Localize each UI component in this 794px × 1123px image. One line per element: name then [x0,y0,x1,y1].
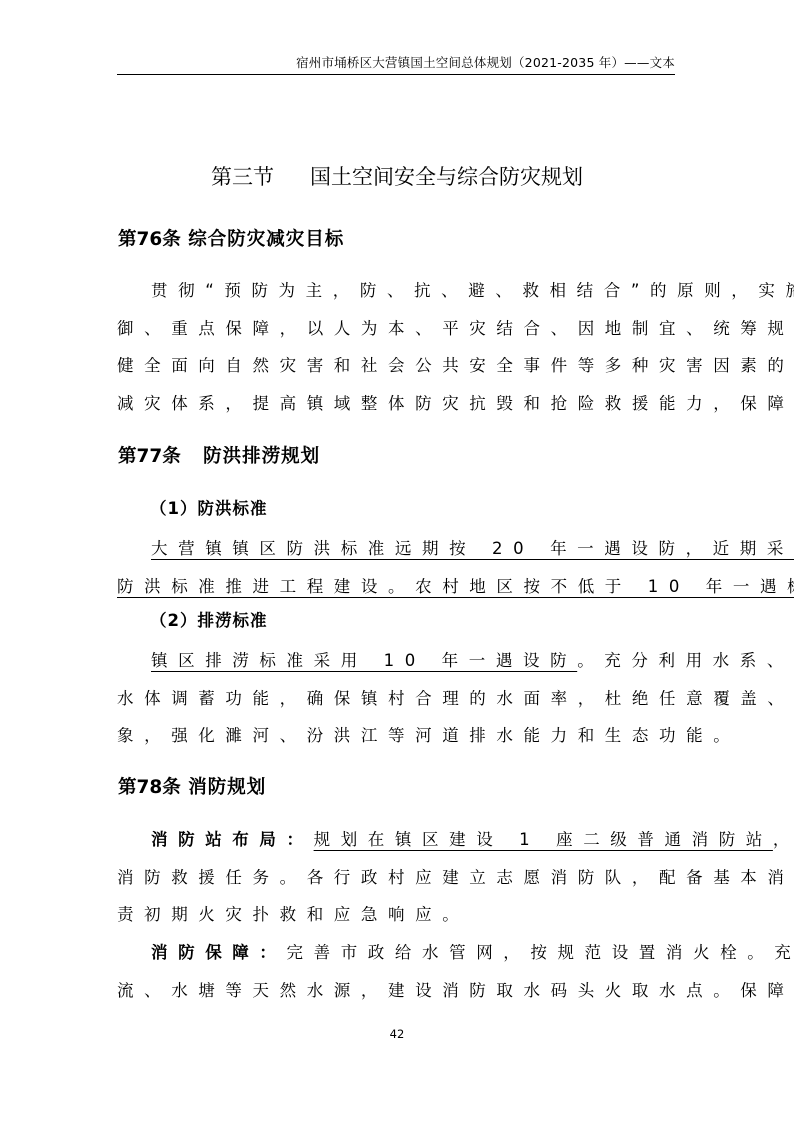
article-number: 第78条 [118,777,181,798]
flood-standard-body: 大营镇镇区防洪标准远期按 20 年一遇设防，近期采用 10 年一遇 防洪标准推进… [117,530,675,605]
article-number: 第77条 [118,446,181,467]
body-line-wrapper: 防洪标准推进工程建设。农村地区按不低于 10 年一遇标准设防。 [117,568,675,606]
body-text: 完善市政给水管网，按规范设置消火栓。充分利用河 [287,943,794,962]
body-line: 御、重点保障，以人为本、平灾结合、因地制宜、统筹规划。建立和 [117,310,675,348]
body-line: 消防救援任务。各行政村应建立志愿消防队，配备基本消防器材，负 [117,859,675,897]
article-title: 综合防灾减灾目标 [188,229,344,250]
article-76-heading: 第76条 综合防灾减灾目标 [118,226,344,254]
article-78-heading: 第78条 消防规划 [118,774,266,802]
section-title: 第三节国土空间安全与综合防灾规划 [0,162,794,192]
running-header: 宿州市埇桥区大营镇国土空间总体规划（2021-2035 年）——文本 [117,52,675,75]
body-line: 水体调蓄功能，确保镇村合理的水面率，杜绝任意覆盖、侵占河道现 [117,680,675,718]
body-line: 贯彻“预防为主，防、抗、避、救相结合”的原则，实施综合防 [117,272,675,310]
article-title: 消防规划 [188,777,266,798]
article-76-body: 贯彻“预防为主，防、抗、避、救相结合”的原则，实施综合防 御、重点保障，以人为本… [117,272,675,422]
drainage-standard-body: 镇区排涝标准采用 10 年一遇设防。充分利用水系、塘池等自然 水体调蓄功能，确保… [117,642,675,755]
flood-standard-heading: （1）防洪标准 [150,496,267,522]
body-line-wrapper: 消防保障：完善市政给水管网，按规范设置消火栓。充分利用河 [117,934,675,972]
body-line: 流、水塘等天然水源，建设消防取水码头火取水点。保障消防通道畅 [117,972,675,1010]
bold-label: 消防保障： [151,943,287,962]
body-line-wrapper: 镇区排涝标准采用 10 年一遇设防。充分利用水系、塘池等自然 [117,642,675,680]
section-number: 第三节 [211,165,274,189]
body-line: 减灾体系，提高镇域整体防灾抗毁和抢险救援能力，保障城市安全。 [117,385,675,423]
underlined-text: 大营镇镇区防洪标准远期按 20 年一遇设防，近期采用 10 年一遇 [151,539,794,558]
fire-protection-body: 消防保障：完善市政给水管网，按规范设置消火栓。充分利用河 流、水塘等天然水源，建… [117,934,675,1009]
body-line: 健全面向自然灾害和社会公共安全事件等多种灾害因素的综合防灾 [117,347,675,385]
article-77-heading: 第77条 防洪排涝规划 [118,443,320,471]
body-text: 。充分利用水系、塘池等自然 [577,651,794,670]
page-number: 42 [0,1026,794,1042]
body-line-wrapper: 消防站布局：规划在镇区建设 1 座二级普通消防站，承担全镇域 [117,821,675,859]
body-line: 象，强化濉河、汾洪江等河道排水能力和生态功能。 [117,717,675,755]
bold-label: 消防站布局： [151,830,314,849]
body-text: ，承担全镇域 [773,830,794,849]
underlined-text: 规划在镇区建设 1 座二级普通消防站 [314,830,773,849]
body-line: 责初期火灾扑救和应急响应。 [117,896,675,934]
body-line-wrapper: 大营镇镇区防洪标准远期按 20 年一遇设防，近期采用 10 年一遇 [117,530,675,568]
section-name: 国土空间安全与综合防灾规划 [310,165,583,189]
fire-station-layout-body: 消防站布局：规划在镇区建设 1 座二级普通消防站，承担全镇域 消防救援任务。各行… [117,821,675,934]
document-page: 宿州市埇桥区大营镇国土空间总体规划（2021-2035 年）——文本 第三节国土… [0,0,794,1123]
article-title: 防洪排涝规划 [203,446,320,467]
running-title: 宿州市埇桥区大营镇国土空间总体规划（2021-2035 年）——文本 [296,55,675,70]
underlined-text: 防洪标准推进工程建设。农村地区按不低于 10 年一遇标准设防。 [117,577,794,596]
drainage-standard-heading: （2）排涝标准 [150,608,267,634]
underlined-text: 镇区排涝标准采用 10 年一遇设防 [151,651,577,670]
article-number: 第76条 [118,229,181,250]
